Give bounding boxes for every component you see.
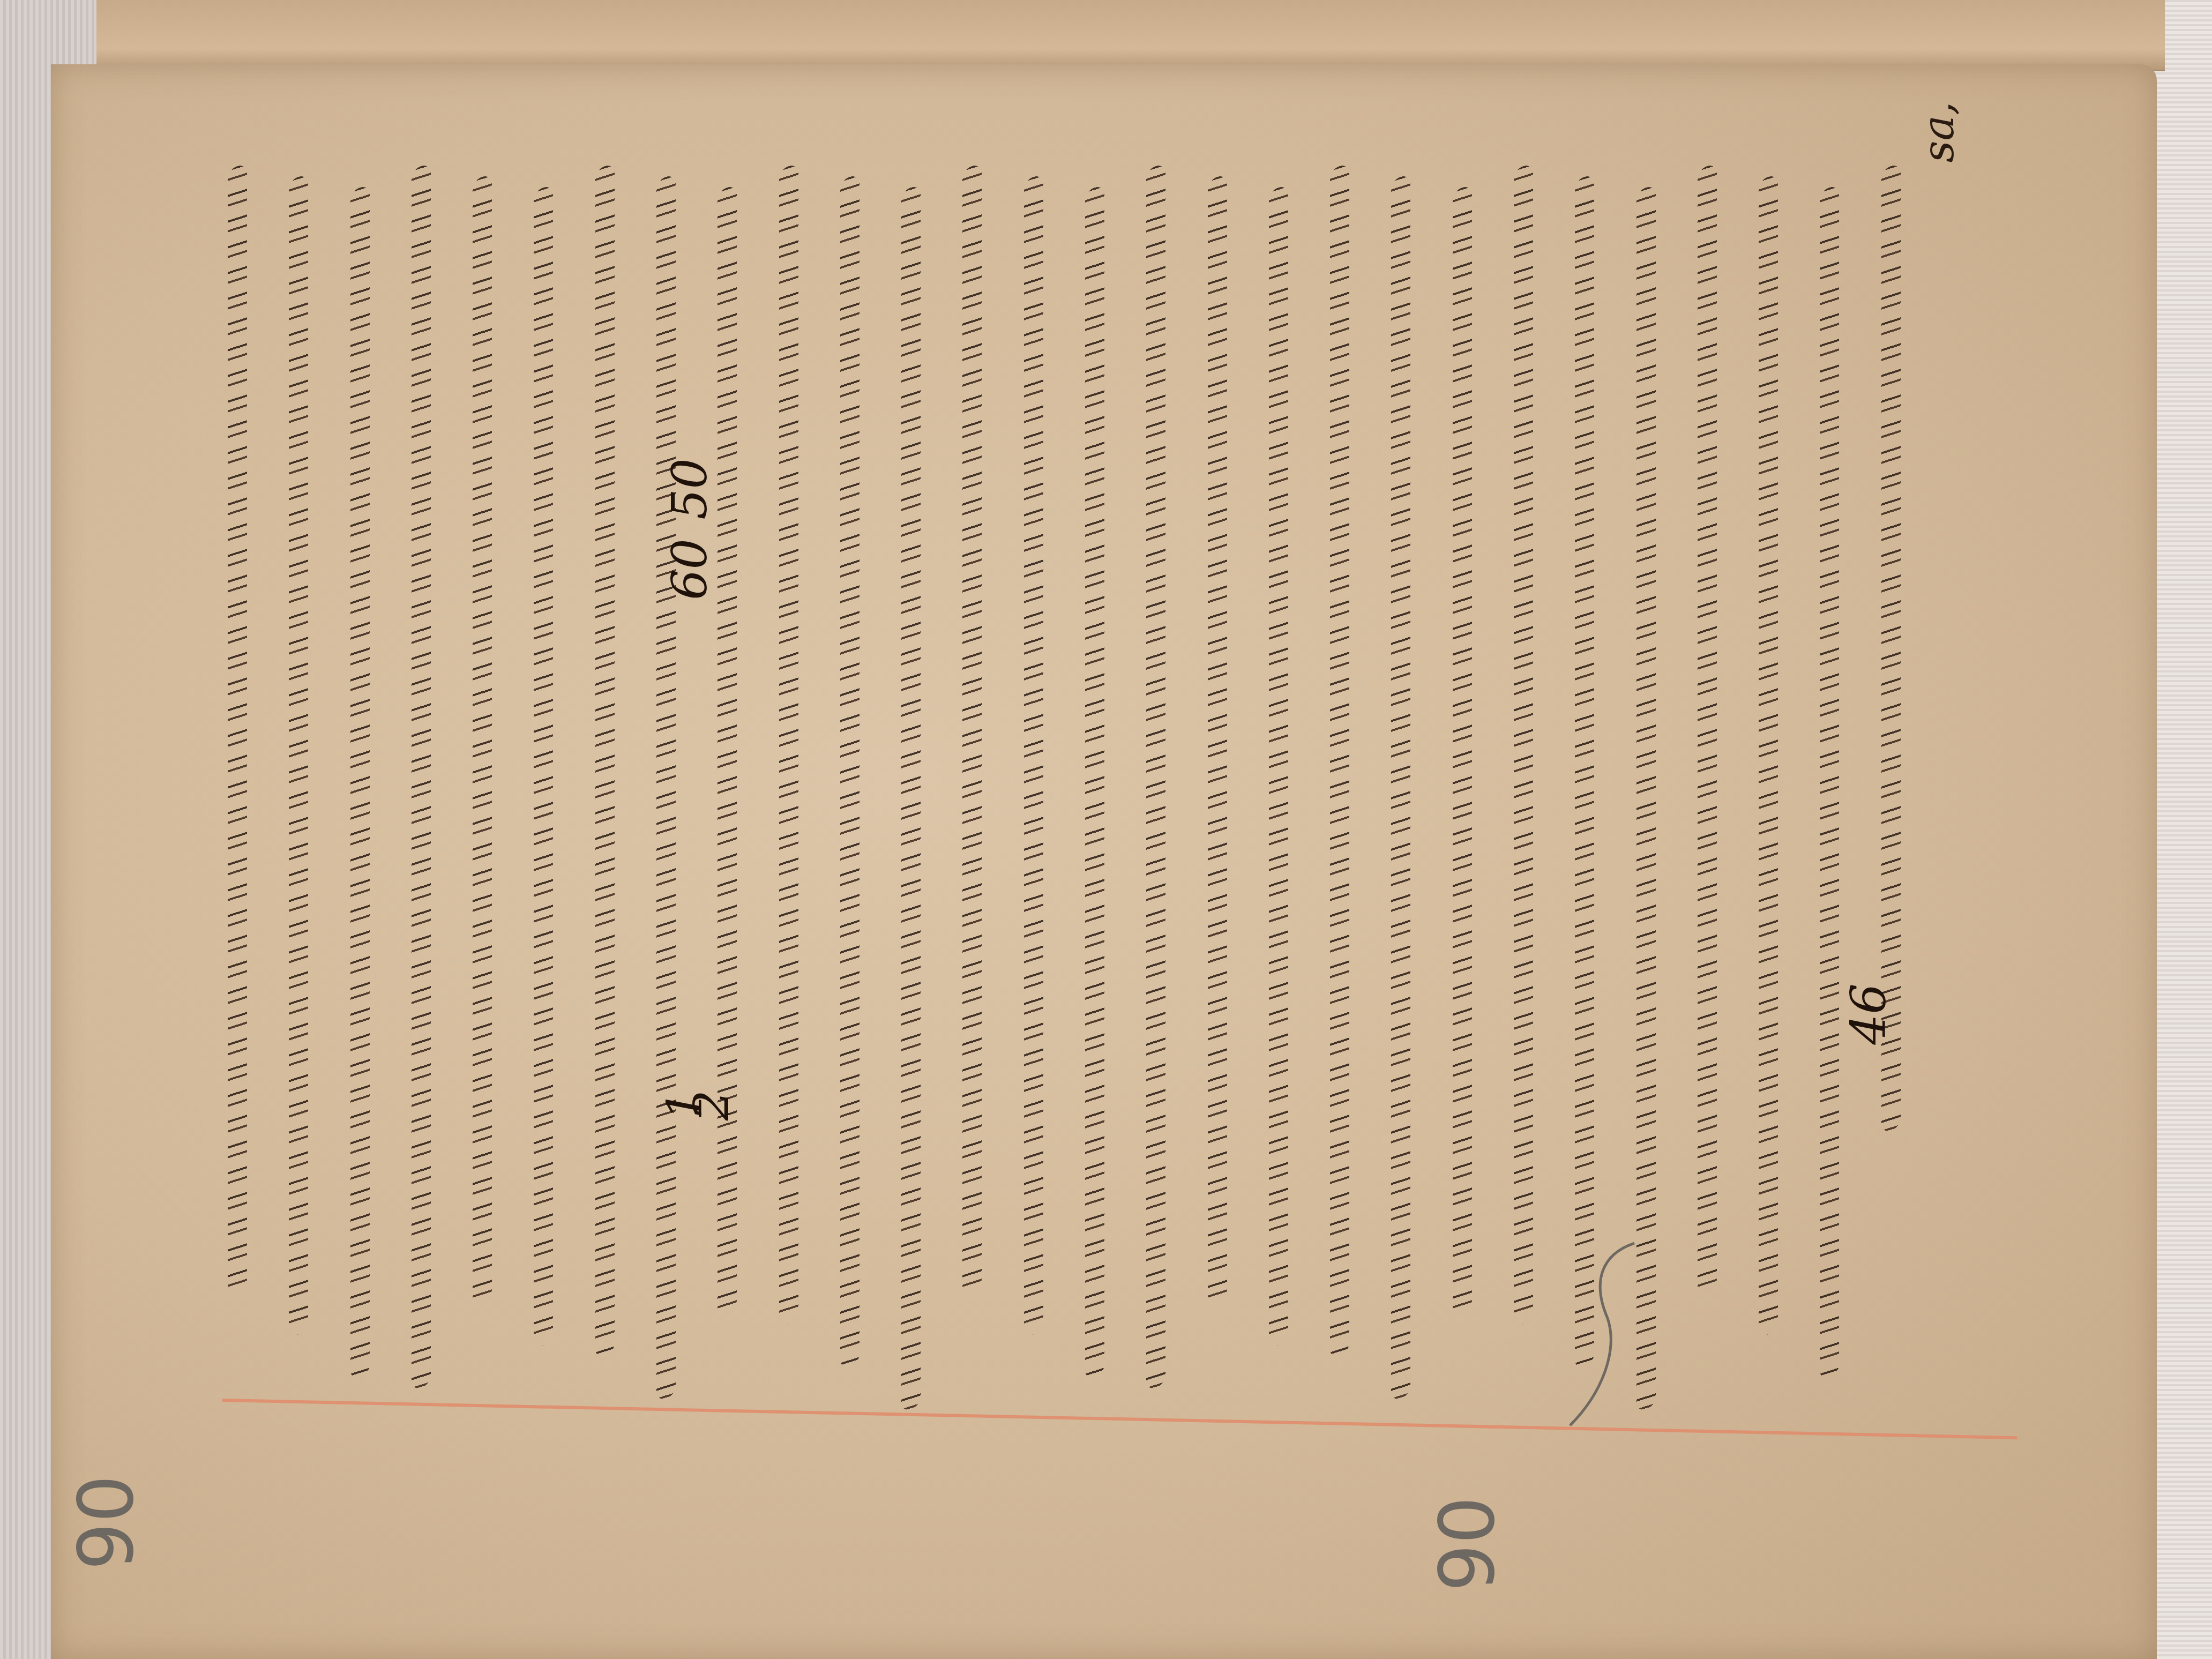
handwritten-line bbox=[1085, 145, 1104, 1441]
catchword: sa, bbox=[1914, 101, 1963, 162]
numeral: 50 bbox=[662, 458, 718, 520]
handwritten-line bbox=[412, 145, 431, 1441]
pencil-mark-icon bbox=[1554, 1232, 1640, 1458]
handwritten-line bbox=[1208, 145, 1227, 1441]
handwritten-line bbox=[228, 145, 247, 1441]
handwritten-line bbox=[656, 145, 676, 1441]
handwritten-line bbox=[779, 145, 798, 1441]
numeral: 2 bbox=[684, 1090, 740, 1120]
numeral: 46 bbox=[1841, 983, 1897, 1045]
handwritten-line bbox=[1820, 145, 1839, 1441]
handwritten-line bbox=[1514, 145, 1533, 1441]
handwritten-line bbox=[534, 145, 553, 1441]
handwritten-line bbox=[1024, 145, 1043, 1441]
handwritten-line bbox=[1391, 145, 1410, 1441]
handwritten-line bbox=[962, 145, 982, 1441]
handwritten-line bbox=[289, 145, 308, 1441]
handwritten-line bbox=[595, 145, 615, 1441]
facing-page-edge bbox=[96, 0, 2165, 71]
manuscript-page bbox=[51, 64, 2157, 1659]
handwritten-line bbox=[473, 145, 492, 1441]
handwritten-line bbox=[718, 145, 737, 1441]
fabric-background-right bbox=[2148, 0, 2212, 1659]
handwritten-line bbox=[1146, 145, 1165, 1441]
handwritten-line bbox=[1759, 145, 1778, 1441]
handwritten-line bbox=[1698, 145, 1717, 1441]
handwritten-line bbox=[840, 145, 860, 1441]
numeral: 60 bbox=[662, 539, 718, 600]
handwritten-line bbox=[1453, 145, 1472, 1441]
handwritten-line bbox=[350, 145, 370, 1441]
handwritten-line bbox=[1881, 145, 1901, 1441]
handwritten-line bbox=[901, 145, 921, 1441]
handwritten-text-block bbox=[228, 145, 1942, 1441]
folio-number-pencil-lower: 90 bbox=[1424, 1496, 1512, 1591]
handwritten-line bbox=[1269, 145, 1288, 1441]
handwritten-line bbox=[1330, 145, 1349, 1441]
folio-number-pencil: 90 bbox=[63, 1475, 151, 1570]
